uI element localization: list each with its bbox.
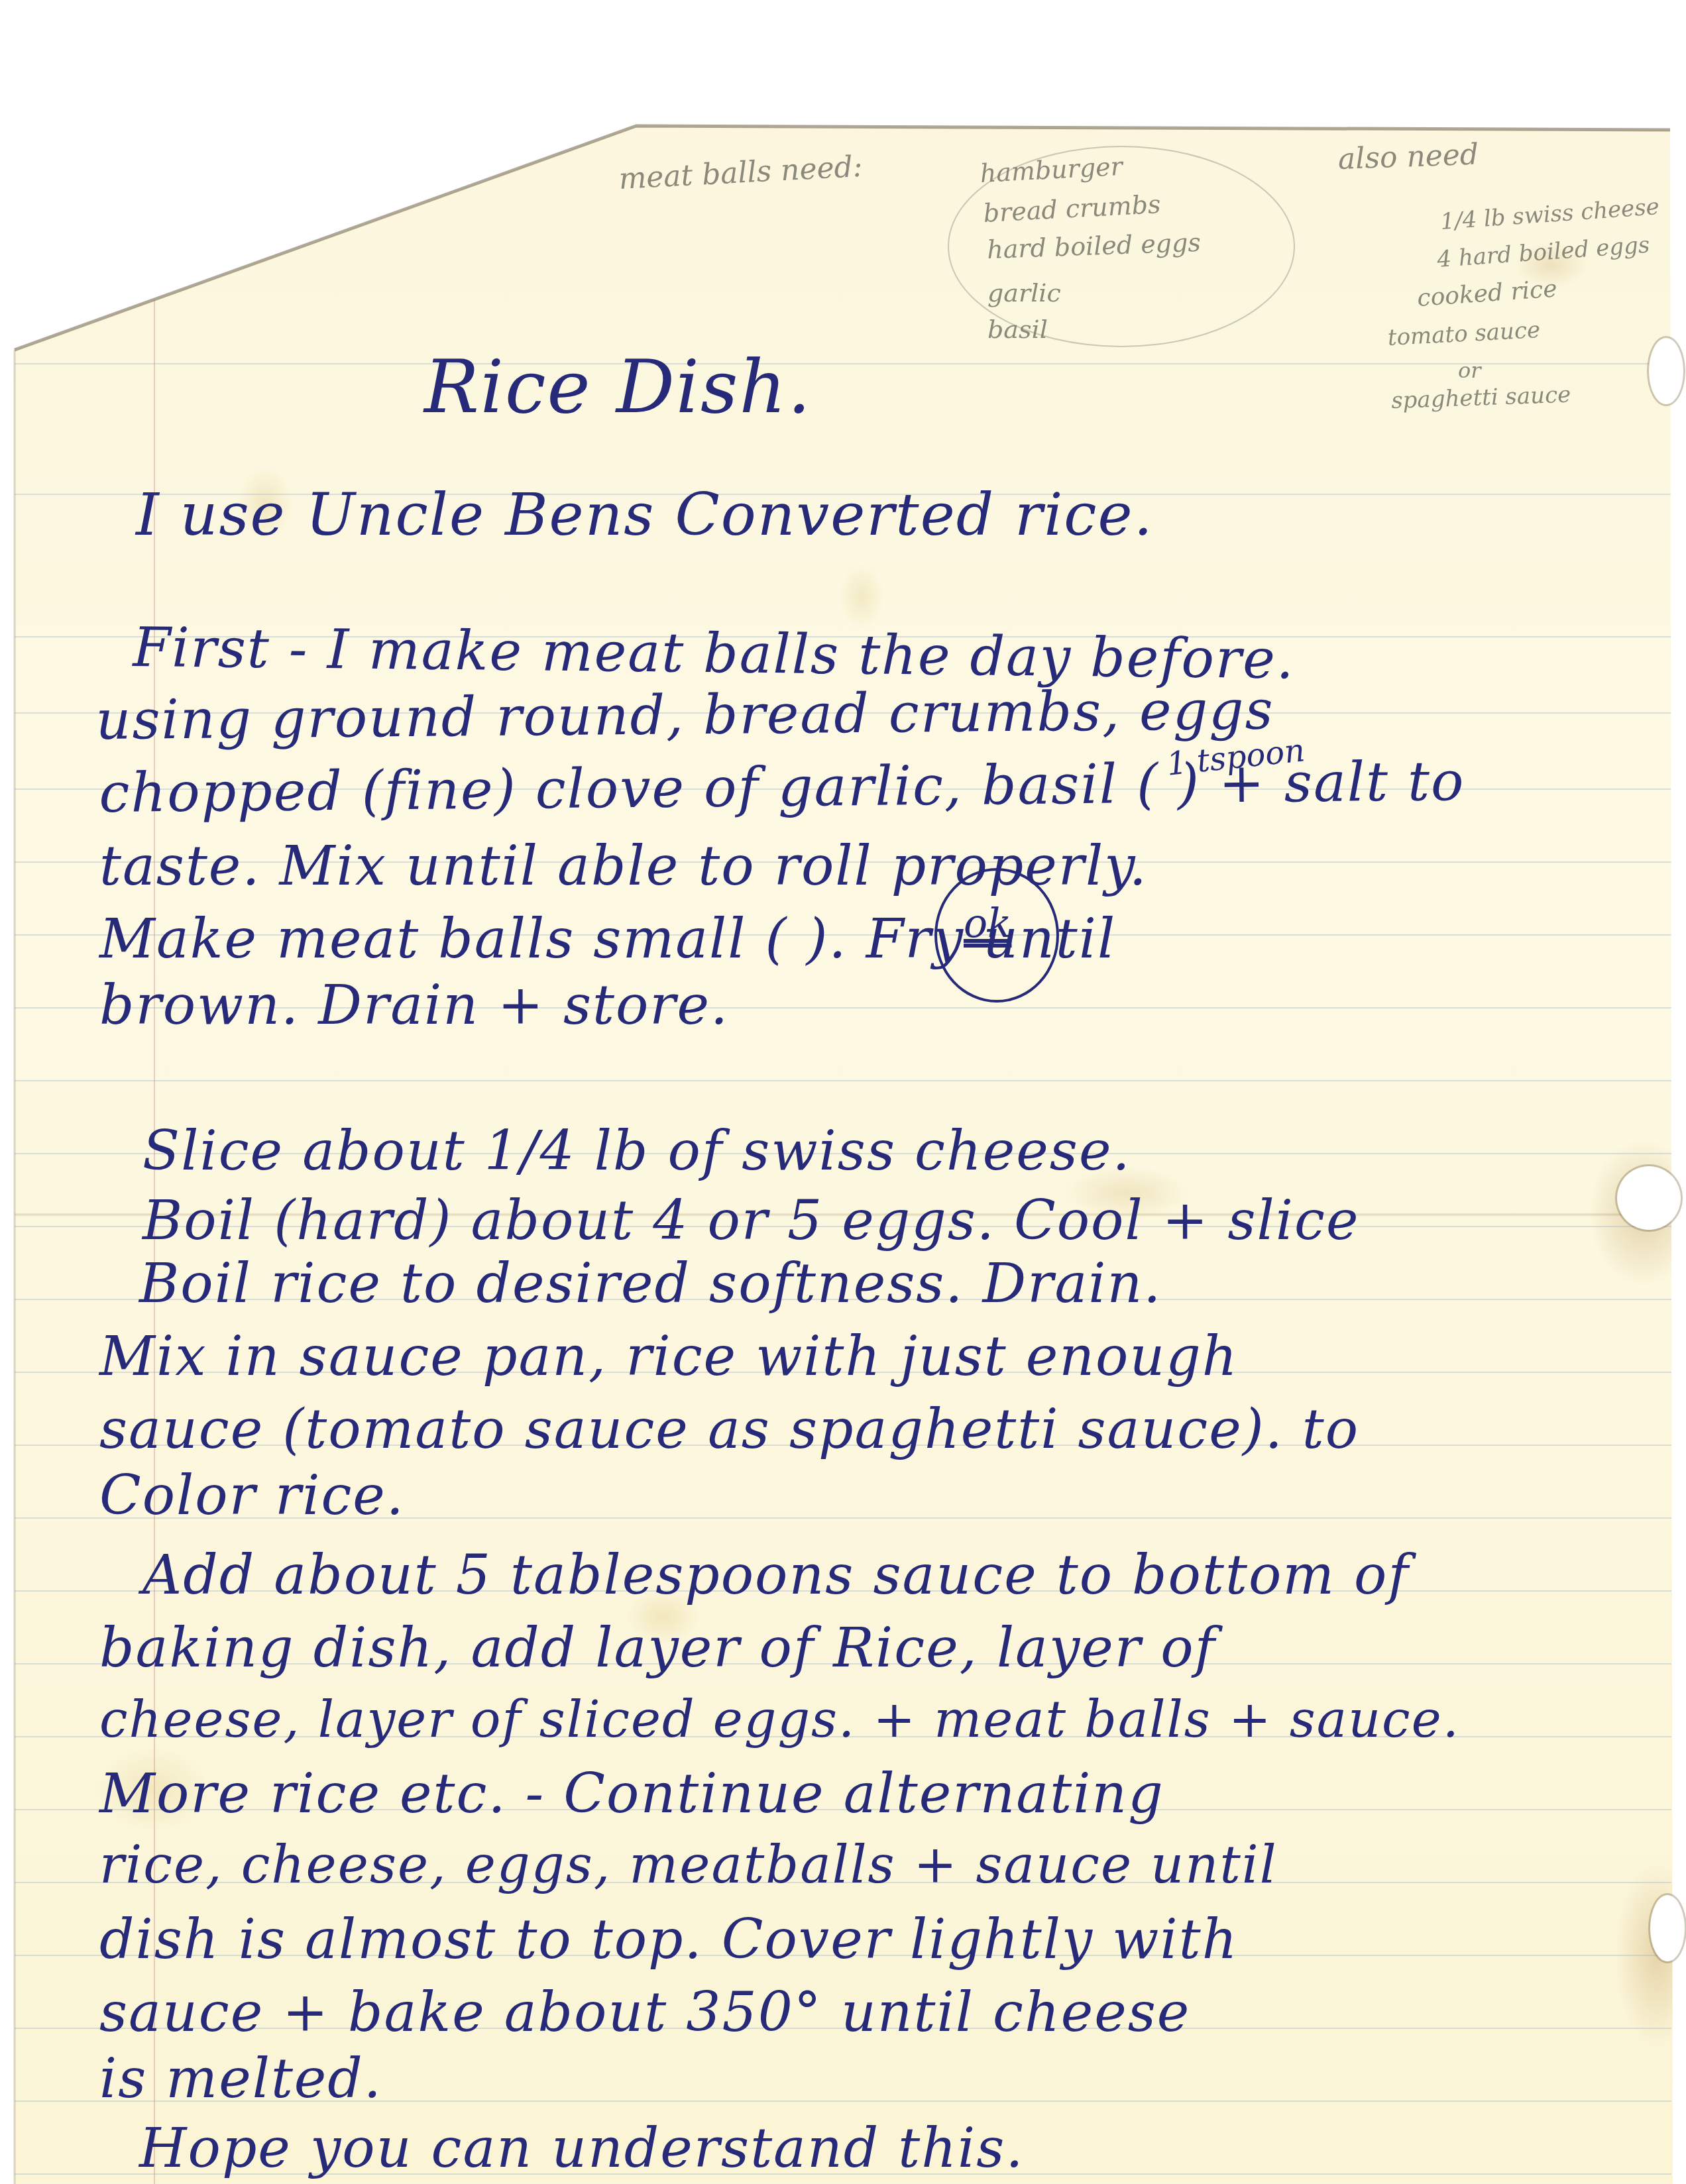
recipe-line: Color rice.	[99, 1464, 405, 1527]
recipe-line: is melted.	[99, 2048, 382, 2110]
recipe-line: dish is almost to top. Cover lightly wit…	[99, 1908, 1238, 1971]
recipe-line: using ground round, bread crumbs, eggs	[95, 679, 1274, 752]
ruled-line	[15, 1080, 1671, 1081]
recipe-line: Slice about 1/4 lb of swiss cheese.	[142, 1120, 1131, 1183]
pencil-header-also-need: also need	[1337, 138, 1479, 176]
recipe-line: Mix in sauce pan, rice with just enough	[99, 1325, 1239, 1388]
recipe-closing-line: Hope you can understand this.	[139, 2117, 1025, 2180]
recipe-title: Rice Dish.	[424, 345, 812, 429]
binder-hole	[1617, 1166, 1681, 1230]
recipe-line: baking dish, add layer of Rice, layer of	[99, 1617, 1216, 1680]
pencil-list-item: or	[1458, 358, 1481, 383]
recipe-line: cheese, layer of sliced eggs. + meat bal…	[99, 1690, 1460, 1749]
recipe-line: brown. Drain + store.	[99, 974, 729, 1037]
recipe-line: More rice etc. - Continue alternating	[99, 1763, 1164, 1826]
circled-ok-text: ok	[964, 901, 1011, 947]
recipe-intro: I use Uncle Bens Converted rice.	[136, 480, 1154, 549]
pencil-list-item: garlic	[987, 278, 1061, 307]
ruled-line	[15, 363, 1671, 364]
binder-hole	[1649, 338, 1683, 404]
recipe-line: Boil (hard) about 4 or 5 eggs. Cool + sl…	[142, 1189, 1360, 1252]
recipe-line: Boil rice to desired softness. Drain.	[139, 1252, 1162, 1315]
circled-ok-note: ok	[934, 868, 1059, 1003]
binder-hole	[1650, 1895, 1685, 1961]
pencil-list-item: basil	[987, 315, 1048, 344]
recipe-line: rice, cheese, eggs, meatballs + sauce un…	[99, 1835, 1278, 1895]
recipe-line: sauce + bake about 350° until cheese	[99, 1981, 1190, 2044]
recipe-line: sauce (tomato sauce as spaghetti sauce).…	[99, 1398, 1359, 1461]
recipe-line: Add about 5 tablespoons sauce to bottom …	[142, 1544, 1410, 1607]
